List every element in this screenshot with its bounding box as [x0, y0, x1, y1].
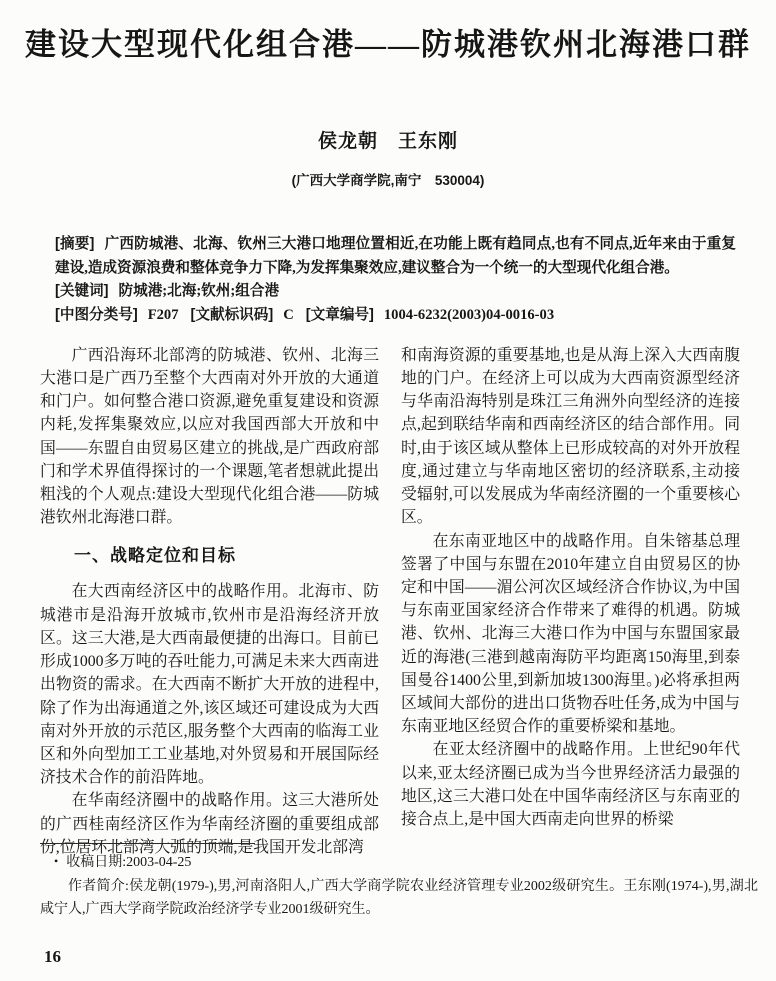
affiliation: (广西大学商学院,南宁 530004)	[0, 169, 776, 189]
authors: 侯龙朝 王东刚	[0, 126, 776, 153]
paragraph-asiapacific-role: 在亚太经济圈中的战略作用。上世纪90年代以来,亚太经济圈已成为当今世界经济活力最…	[401, 738, 740, 831]
paragraph-southchina-continued: 和南海资源的重要基地,也是从海上深入大西南腹地的门户。在经济上可以成为大西南资源…	[401, 344, 740, 530]
bullet-icon: •	[54, 852, 58, 870]
keywords-text: 防城港;北海;钦州;组合港	[119, 283, 280, 299]
classification-line: [中图分类号]F207[文献标识码]C[文章编号]1004-6232(2003)…	[55, 304, 736, 328]
received-date: •收稿日期:2003-04-25	[54, 852, 758, 873]
section-heading-1: 一、战略定位和目标	[40, 544, 379, 569]
footnote-divider	[40, 843, 255, 844]
paragraph-southeastasia-role: 在东南亚地区中的战略作用。自朱镕基总理签署了中国与东盟在2010年建立自由贸易区…	[401, 530, 740, 739]
journal-page: 建设大型现代化组合港——防城港钦州北海港口群 侯龙朝 王东刚 (广西大学商学院,…	[0, 0, 776, 981]
clc-label: [中图分类号]	[55, 307, 138, 323]
clc-value: F207	[148, 307, 179, 323]
footnote: •收稿日期:2003-04-25 作者简介:侯龙朝(1979-),男,河南洛阳人…	[0, 843, 776, 981]
keywords: [关键词]防城港;北海;钦州;组合港	[55, 280, 736, 304]
doc-code-value: C	[283, 307, 294, 323]
received-date-text: 收稿日期:2003-04-25	[66, 855, 191, 870]
paragraph-intro: 广西沿海环北部湾的防城港、钦州、北海三大港口是广西乃至整个大西南对外开放的大通道…	[40, 344, 379, 530]
article-title: 建设大型现代化组合港——防城港钦州北海港口群	[20, 26, 756, 63]
author-bio: 作者简介:侯龙朝(1979-),男,河南洛阳人,广西大学商学院农业经济管理专业2…	[40, 875, 758, 921]
body-columns: 广西沿海环北部湾的防城港、钦州、北海三大港口是广西乃至整个大西南对外开放的大通道…	[40, 344, 740, 859]
doc-code-label: [文献标识码]	[191, 307, 274, 323]
page-number: 16	[44, 947, 758, 967]
article-id-value: 1004-6232(2003)04-0016-03	[384, 307, 554, 323]
article-meta: [摘要]广西防城港、北海、钦州三大港口地理位置相近,在功能上既有趋同点,也有不同…	[55, 233, 736, 328]
paragraph-southwest-role: 在大西南经济区中的战略作用。北海市、防城港市是沿海开放城市,钦州市是沿海经济开放…	[40, 580, 379, 789]
left-column: 广西沿海环北部湾的防城港、钦州、北海三大港口是广西乃至整个大西南对外开放的大通道…	[40, 344, 379, 859]
keywords-label: [关键词]	[55, 283, 109, 299]
right-column: 和南海资源的重要基地,也是从海上深入大西南腹地的门户。在经济上可以成为大西南资源…	[401, 344, 740, 859]
abstract-text: 广西防城港、北海、钦州三大港口地理位置相近,在功能上既有趋同点,也有不同点,近年…	[55, 236, 736, 276]
abstract: [摘要]广西防城港、北海、钦州三大港口地理位置相近,在功能上既有趋同点,也有不同…	[55, 233, 736, 280]
abstract-label: [摘要]	[55, 236, 94, 252]
article-id-label: [文章编号]	[306, 307, 374, 323]
